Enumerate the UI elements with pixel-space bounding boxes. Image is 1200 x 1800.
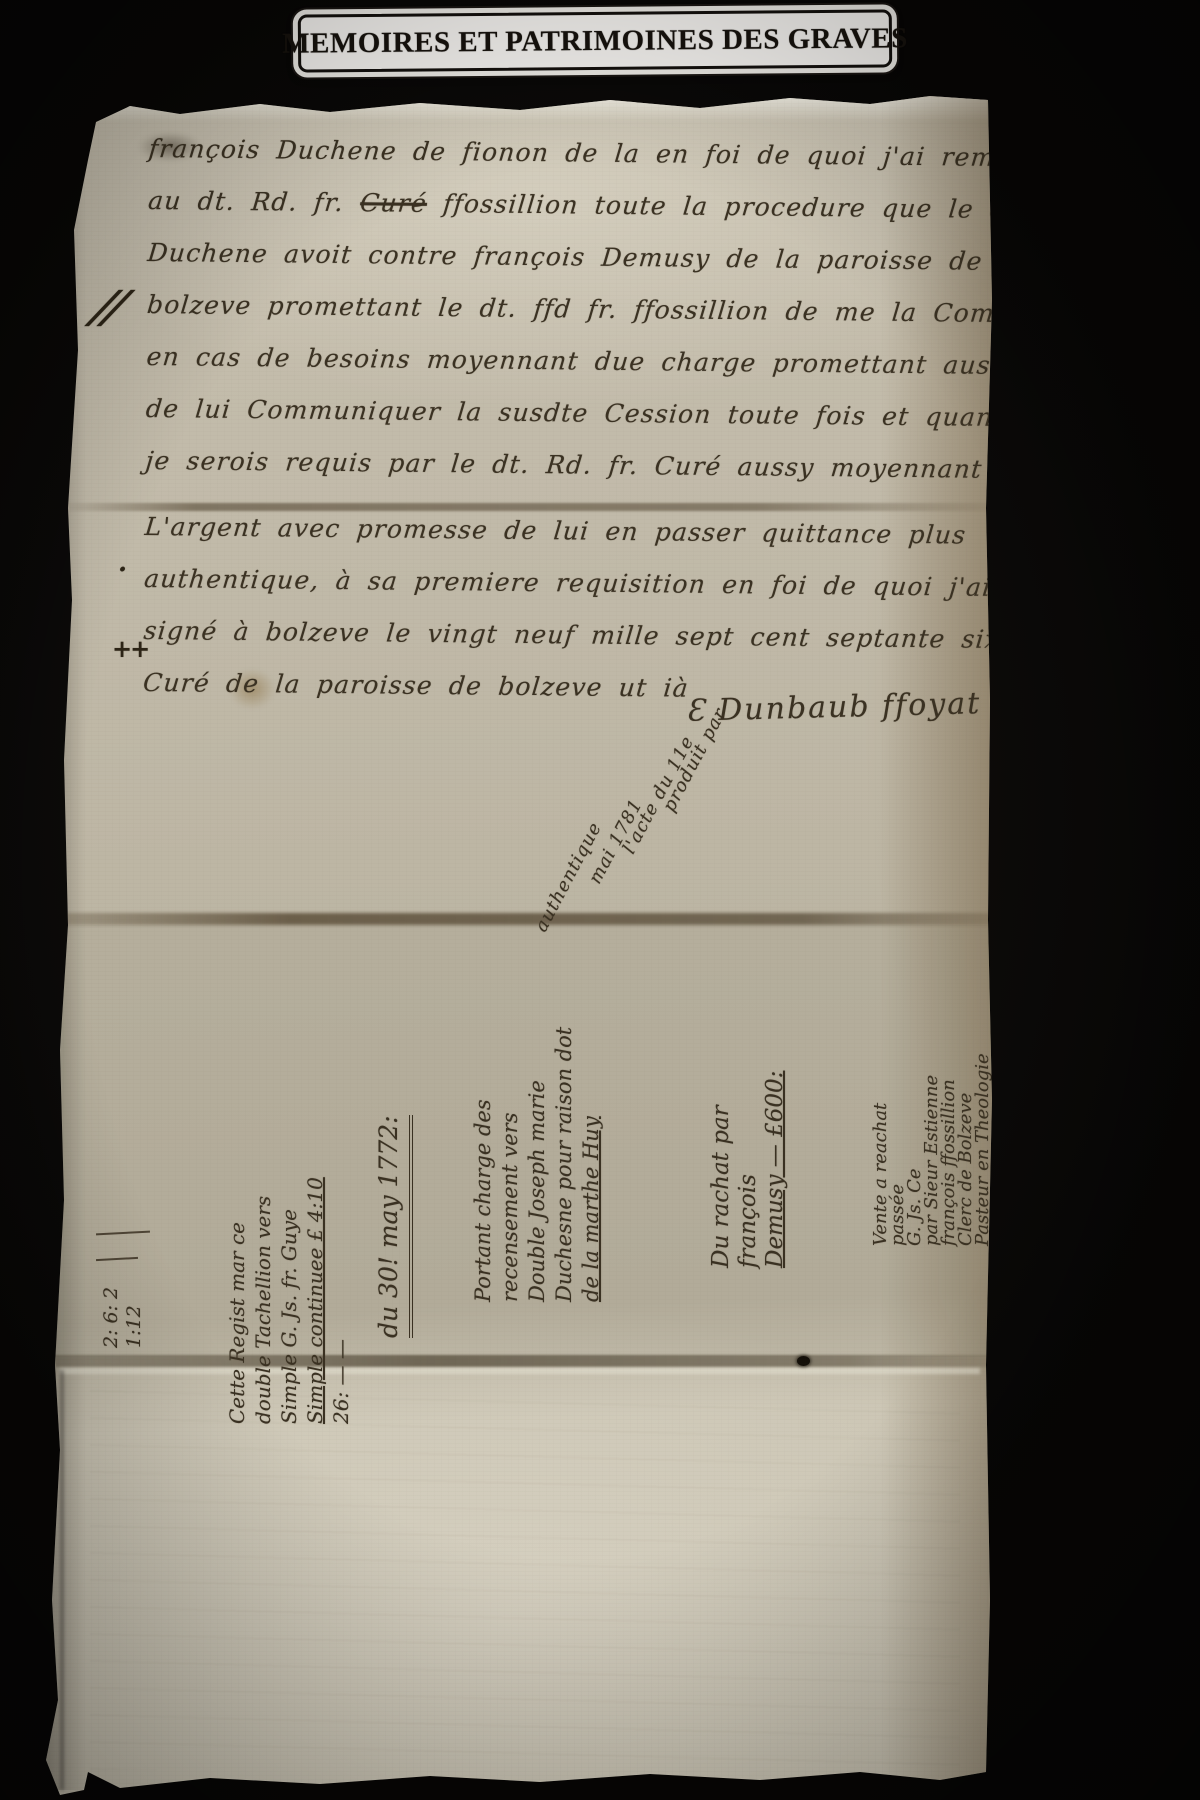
verso-line: Simple continuee £ 4:10 [302,1177,328,1424]
recto-text-block: françois Duchene de fionon de la en foi … [142,134,1018,729]
manuscript-line: authentique, à sa premiere requisition e… [141,564,1016,625]
verso-line: Duchesne pour raison dot [551,1027,578,1302]
verso-buyer-block: Du rachat par françois Demusy — £600: [708,1071,789,1268]
struck-word: Curé [359,188,429,218]
verso-line: Cette Regist mar ce [224,1177,250,1424]
verso-line: Portant charge des [470,1027,497,1302]
verso-line: françois [735,1071,762,1268]
verso-line: Du rachat par [708,1071,735,1268]
manuscript-line: de lui Communiquer la susdte Cession tou… [142,394,1017,455]
verso-registry-block: Cette Regist mar ce double Tachellion ve… [224,1177,354,1424]
verso-line: 1:12 [123,1287,146,1348]
margin-mark-crosses: ++ [112,634,148,663]
torn-top-edge [88,96,988,122]
manuscript-line: signé à bolzeve le vingt neuf mille sept… [140,616,1015,677]
manuscript-line: en cas de besoins moyennant due charge p… [143,342,1018,403]
fold-crease-2 [55,913,990,925]
margin-mark-dot: . [118,548,127,578]
exhibition-banner: MEMOIRES ET PATRIMOINES DES GRAVES [298,9,892,72]
paper-hole [797,1356,810,1366]
manuscript-line: bolzeve promettant le dt. ffd fr. ffossi… [144,290,1019,351]
manuscript-line: françois Duchene de fionon de la en foi … [145,134,1020,195]
margin-mark-slashes: // [85,282,132,333]
banner-title: MEMOIRES ET PATRIMOINES DES GRAVES [282,22,908,60]
verso-line: 2: 6: 2 [100,1287,123,1348]
ink-showthrough [90,1390,960,1770]
verso-line: de la marthe Huy [578,1027,605,1302]
verso-line: double Tachellion vers [250,1177,276,1424]
verso-charge-block: Portant charge des recensement vers Doub… [470,1027,605,1302]
verso-line: du 30! may 1772: [374,1115,413,1338]
manuscript-line: je serois requis par le dt. Rd. fr. Curé… [142,446,1017,507]
manuscript-paper: françois Duchene de fionon de la en foi … [0,0,1200,1800]
verso-line: recensement vers [497,1027,524,1302]
fold-crease-3 [55,1355,990,1367]
verso-line: Demusy — £600: [762,1071,789,1268]
photo-backdrop: MEMOIRES ET PATRIMOINES DES GRAVES franç… [0,0,1200,1800]
verso-tally-block: 2: 6: 2 1:12 [100,1287,146,1348]
verso-title-block: Vente a reachat passée G. Js. Ce par Sie… [872,1053,991,1246]
tear-shadow [60,1370,64,1790]
manuscript-line: L'argent avec promesse de lui en passer … [141,512,1016,573]
manuscript-line: au dt. Rd. fr. Curé ffossillion toute la… [145,186,1020,247]
verso-line: Simple G. Js. fr. Guye [276,1177,302,1424]
line2-post: ffossillion toute la procedure que le dt… [426,189,1029,224]
fold-crease-3-highlight [60,1368,980,1374]
manuscript-line: Duchene avoit contre françois Demusy de … [144,238,1019,299]
verso-line: Pasteur en Theologie [974,1053,991,1246]
line2-pre: au dt. Rd. fr. [147,186,362,217]
verso-date-block: du 30! may 1772: [374,1115,413,1338]
verso-line: Double Joseph marie [524,1027,551,1302]
verso-line: 26: — — [328,1177,354,1424]
